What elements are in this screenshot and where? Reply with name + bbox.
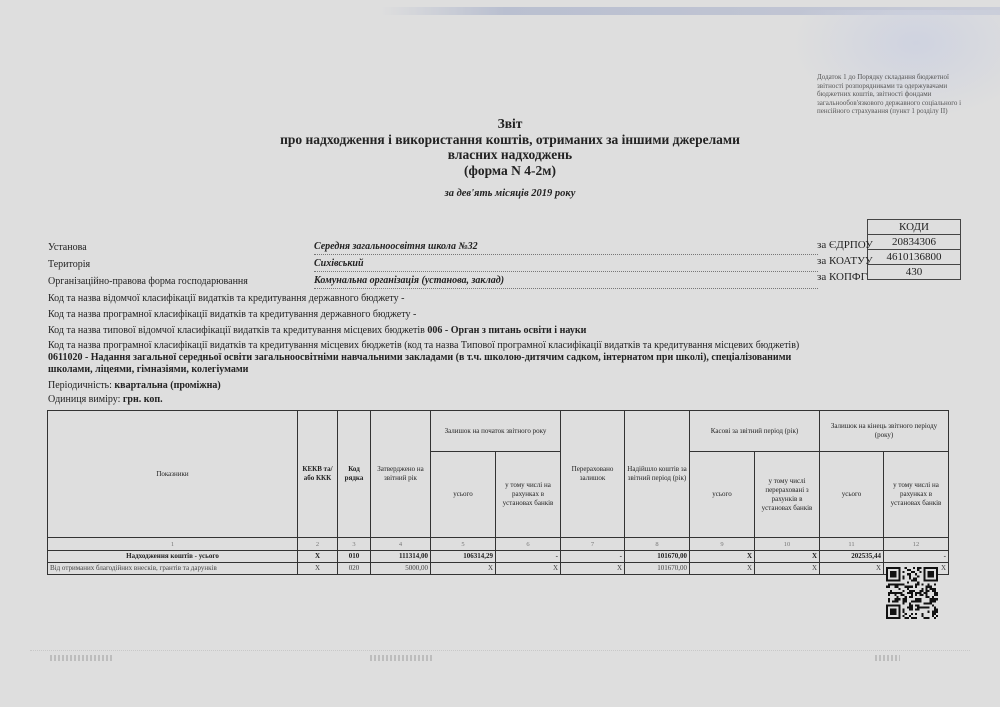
code-value-kopfg: 430 bbox=[868, 265, 961, 280]
local-prog-label: Код та назва програмної класифікації вид… bbox=[48, 340, 799, 351]
col-num: 11 bbox=[820, 538, 884, 551]
code-value-edrpou: 20834306 bbox=[868, 235, 961, 250]
header-balance-end-total: усього bbox=[820, 452, 884, 538]
header-indicators: Показники bbox=[48, 411, 298, 538]
column-number-row: 1 2 3 4 5 6 7 8 9 10 11 12 bbox=[48, 538, 949, 551]
row-start-banks: - bbox=[496, 551, 561, 563]
unit-row: Одиниця виміру: грн. коп. bbox=[48, 394, 163, 406]
col-num: 10 bbox=[755, 538, 820, 551]
col-num: 7 bbox=[561, 538, 625, 551]
col-num: 8 bbox=[625, 538, 690, 551]
header-received: Надійшло коштів за звітний період (рік) bbox=[625, 411, 690, 538]
row-name: Від отриманих благодійних внесків, грант… bbox=[48, 563, 298, 575]
local-dept-classification: Код та назва типової відомчої класифікац… bbox=[48, 325, 948, 337]
report-table: Показники КЕКВ та/або ККК Код рядка Затв… bbox=[47, 410, 949, 575]
institution-value: Середня загальноосвітня школа №32 bbox=[314, 241, 818, 255]
territory-row: Територія Сихівський bbox=[48, 257, 818, 273]
row-cash-total: X bbox=[690, 551, 755, 563]
territory-label: Територія bbox=[48, 259, 90, 270]
col-num: 1 bbox=[48, 538, 298, 551]
local-prog-value: 0611020 - Надання загальної середньої ос… bbox=[48, 352, 791, 375]
legal-form-label: Організаційно-правова форма господарюван… bbox=[48, 276, 248, 287]
header-kekv: КЕКВ та/або ККК bbox=[298, 411, 338, 538]
col-num: 6 bbox=[496, 538, 561, 551]
footer-divider bbox=[30, 650, 970, 652]
row-end-banks: - bbox=[884, 551, 949, 563]
col-num: 5 bbox=[431, 538, 496, 551]
col-num: 9 bbox=[690, 538, 755, 551]
institution-label: Установа bbox=[48, 242, 87, 253]
report-period: за дев'ять місяців 2019 року bbox=[250, 186, 770, 202]
row-kekv: X bbox=[298, 551, 338, 563]
header-cash-banks: у тому числі перераховані з рахунків в у… bbox=[755, 452, 820, 538]
row-cash-total: X bbox=[690, 563, 755, 575]
local-dept-label: Код та назва типової відомчої класифікац… bbox=[48, 325, 425, 336]
code-label-kopfg: за КОПФГ bbox=[817, 271, 867, 283]
code-label-edrpou: за ЄДРПОУ bbox=[817, 239, 873, 251]
title-line-4: (форма N 4-2м) bbox=[250, 163, 770, 179]
local-prog-classification: Код та назва програмної класифікації вид… bbox=[48, 340, 818, 376]
periodicity-label: Періодичність: bbox=[48, 380, 112, 391]
codes-table: КОДИ 20834306 4610136800 430 bbox=[867, 219, 961, 280]
footer-center-mark bbox=[370, 655, 432, 661]
title-line-2: про надходження і використання коштів, о… bbox=[250, 132, 770, 148]
col-num: 4 bbox=[371, 538, 431, 551]
codes-box: за ЄДРПОУ за КОАТУУ за КОПФГ КОДИ 208343… bbox=[817, 219, 972, 280]
col-num: 3 bbox=[338, 538, 371, 551]
codes-header: КОДИ bbox=[868, 220, 961, 235]
unit-label: Одиниця виміру: bbox=[48, 394, 120, 405]
appendix-note: Додаток 1 до Порядку складання бюджетної… bbox=[817, 73, 977, 116]
header-balance-start: Залишок на початок звітного року bbox=[431, 411, 561, 452]
row-end-total: 202535,44 bbox=[820, 551, 884, 563]
row-approved: 5000,00 bbox=[371, 563, 431, 575]
row-code: 020 bbox=[338, 563, 371, 575]
periodicity-row: Періодичність: квартальна (проміжна) bbox=[48, 380, 221, 392]
title-line-1: Звіт bbox=[250, 116, 770, 132]
row-start-total: 106314,29 bbox=[431, 551, 496, 563]
unit-value: грн. коп. bbox=[123, 394, 163, 405]
qr-code-icon bbox=[886, 567, 938, 619]
col-num: 2 bbox=[298, 538, 338, 551]
institution-row: Установа Середня загальноосвітня школа №… bbox=[48, 240, 818, 256]
row-start-total: X bbox=[431, 563, 496, 575]
row-cash-banks: X bbox=[755, 563, 820, 575]
row-received: 101670,00 bbox=[625, 551, 690, 563]
row-kekv: X bbox=[298, 563, 338, 575]
code-label-koatuu: за КОАТУУ bbox=[817, 255, 873, 267]
row-end-total: X bbox=[820, 563, 884, 575]
header-transferred: Перераховано залишок bbox=[561, 411, 625, 538]
header-cash-expenses: Касові за звітний період (рік) bbox=[690, 411, 820, 452]
report-title: Звіт про надходження і використання кошт… bbox=[250, 116, 770, 202]
territory-value: Сихівський bbox=[314, 258, 818, 272]
legal-form-value: Комунальна організація (установа, заклад… bbox=[314, 275, 818, 289]
row-received: 101670,00 bbox=[625, 563, 690, 575]
state-prog-classification: Код та назва програмної класифікації вид… bbox=[48, 309, 948, 321]
row-approved: 111314,00 bbox=[371, 551, 431, 563]
table-row: Надходження коштів - усього X 010 111314… bbox=[48, 551, 949, 563]
header-approved: Затверджено на звітний рік bbox=[371, 411, 431, 538]
local-dept-value: 006 - Орган з питань освіти і науки bbox=[427, 325, 586, 336]
code-value-koatuu: 4610136800 bbox=[868, 250, 961, 265]
header-balance-end-banks: у тому числі на рахунках в установах бан… bbox=[884, 452, 949, 538]
row-cash-banks: X bbox=[755, 551, 820, 563]
header-row-code: Код рядка bbox=[338, 411, 371, 538]
header-cash-total: усього bbox=[690, 452, 755, 538]
table-row: Від отриманих благодійних внесків, грант… bbox=[48, 563, 949, 575]
title-line-3: власних надходжень bbox=[250, 147, 770, 163]
state-dept-classification: Код та назва відомчої класифікації видат… bbox=[48, 293, 948, 305]
header-balance-start-total: усього bbox=[431, 452, 496, 538]
footer-id-mark bbox=[50, 655, 112, 661]
row-transferred: X bbox=[561, 563, 625, 575]
row-name: Надходження коштів - усього bbox=[48, 551, 298, 563]
row-code: 010 bbox=[338, 551, 371, 563]
footer-page-mark bbox=[875, 655, 900, 661]
row-start-banks: X bbox=[496, 563, 561, 575]
row-transferred: - bbox=[561, 551, 625, 563]
header-balance-end: Залишок на кінець звітного періоду (року… bbox=[820, 411, 949, 452]
header-balance-start-banks: у тому числі на рахунках в установах бан… bbox=[496, 452, 561, 538]
legal-form-row: Організаційно-правова форма господарюван… bbox=[48, 274, 818, 290]
col-num: 12 bbox=[884, 538, 949, 551]
periodicity-value: квартальна (проміжна) bbox=[114, 380, 220, 391]
